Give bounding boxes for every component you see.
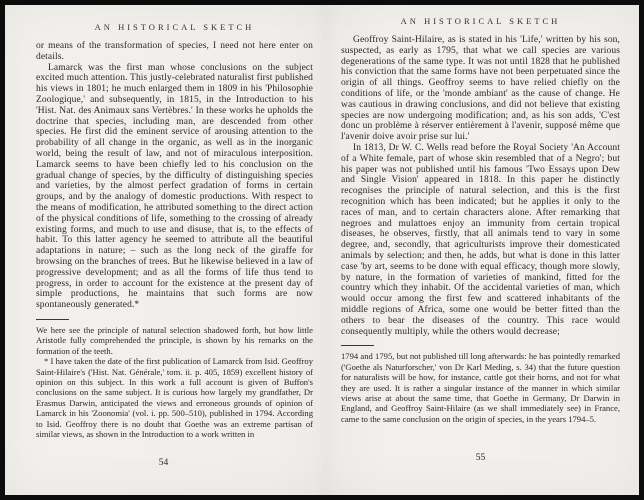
page-right: AN HISTORICAL SKETCH Geoffroy Saint-Hila… <box>322 5 639 495</box>
body-text-left: or means of the transformation of specie… <box>36 41 313 311</box>
footnote-separator <box>36 319 69 320</box>
page-number-right: 55 <box>322 453 639 463</box>
body-text-right: Geoffroy Saint-Hilaire, as is stated in … <box>341 35 620 337</box>
footnote-text: We here see the principle of natural sel… <box>36 325 313 356</box>
footnote-text: * I have taken the date of the first pub… <box>36 356 313 439</box>
page-left: AN HISTORICAL SKETCH or means of the tra… <box>5 5 322 495</box>
footnotes-right: 1794 and 1795, but not published till lo… <box>341 351 620 424</box>
paragraph: Lamarck was the first man whose conclusi… <box>36 63 313 311</box>
running-header-right: AN HISTORICAL SKETCH <box>341 16 620 26</box>
book-scan-frame: AN HISTORICAL SKETCH or means of the tra… <box>0 0 644 500</box>
running-header-left: AN HISTORICAL SKETCH <box>36 22 313 32</box>
footnote-text: 1794 and 1795, but not published till lo… <box>341 351 620 424</box>
footnote-separator <box>341 345 374 346</box>
paragraph: Geoffroy Saint-Hilaire, as is stated in … <box>341 35 620 143</box>
page-number-left: 54 <box>5 458 322 468</box>
paragraph: or means of the transformation of specie… <box>36 41 313 63</box>
paragraph: In 1813, Dr W. C. Wells read before the … <box>341 143 620 337</box>
footnotes-left: We here see the principle of natural sel… <box>36 325 313 439</box>
book-spread: AN HISTORICAL SKETCH or means of the tra… <box>5 5 639 495</box>
